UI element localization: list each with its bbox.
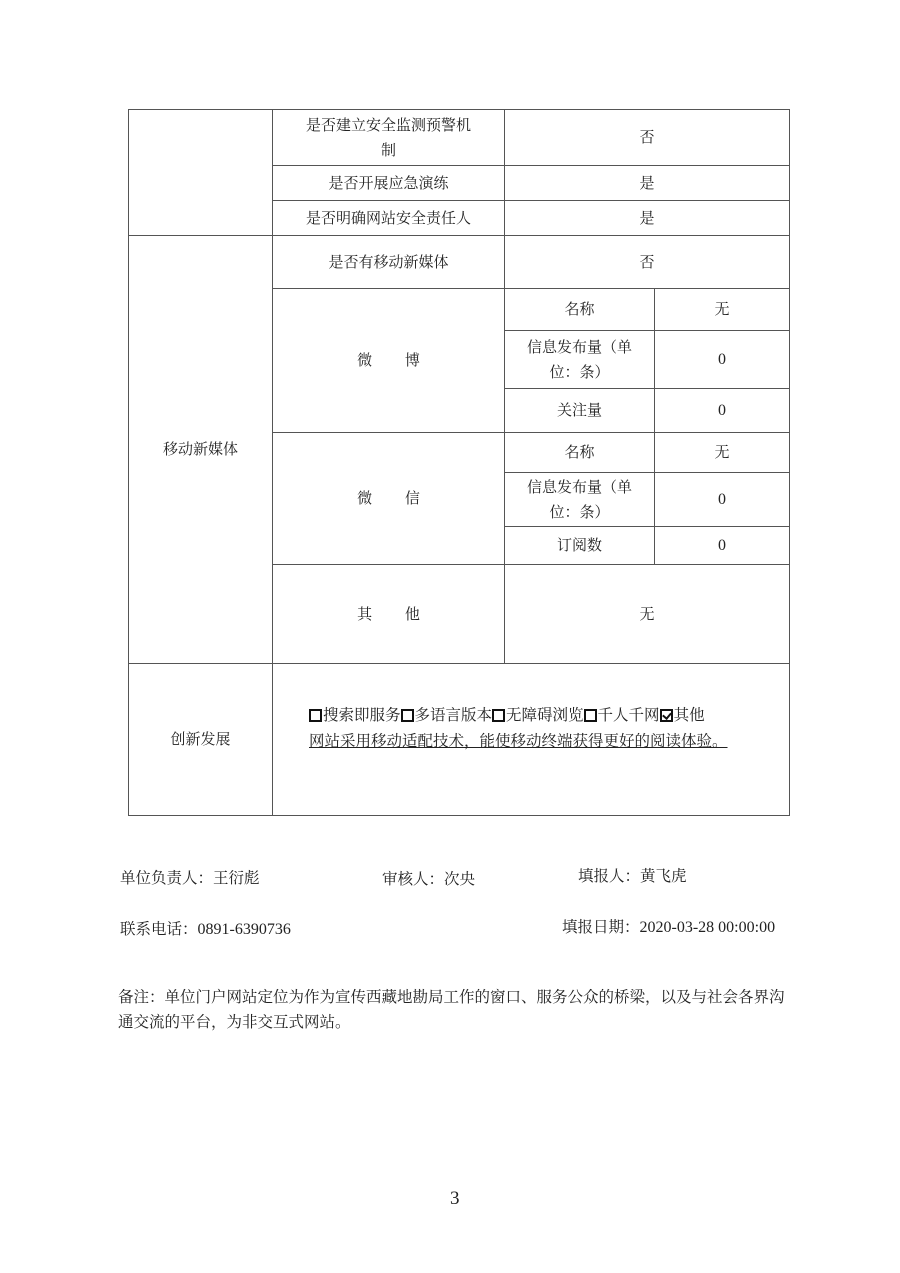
label-text: 关注量 (557, 398, 602, 423)
weibo-followers-value: 0 (654, 388, 790, 433)
weibo-followers-label: 关注量 (504, 388, 655, 433)
label-text: 是否建立安全监测预警机制 (303, 113, 474, 163)
label-text: 订阅数 (557, 533, 602, 558)
field-value: 黄飞虎 (640, 867, 687, 885)
checkbox-icon[interactable] (401, 709, 414, 722)
field-label: 填报人： (578, 867, 640, 885)
label-text: 其 他 (357, 602, 434, 627)
checkbox-icon[interactable] (584, 709, 597, 722)
field-label: 审核人： (382, 870, 444, 888)
section-label: 移动新媒体 (163, 437, 238, 462)
field-value: 0891-6390736 (198, 921, 291, 938)
label-text: 信息发布量（单位：条） (525, 475, 634, 525)
security-value-drill: 是 (504, 165, 790, 201)
value-text: 否 (639, 250, 654, 275)
value-text: 0 (718, 533, 726, 558)
date-field: 填报日期：2020-03-28 00:00:00 (562, 915, 775, 937)
value-text: 无 (714, 440, 729, 465)
option-label: 无障碍浏览 (506, 706, 584, 724)
innovation-section-label: 创新发展 (128, 663, 273, 816)
label-text: 是否开展应急演练 (328, 171, 448, 196)
value-text: 0 (718, 487, 726, 512)
option-label: 搜索即服务 (323, 706, 401, 724)
field-value: 2020-03-28 00:00:00 (640, 919, 776, 936)
remark-note: 备注：单位门户网站定位为作为宣传西藏地勘局工作的窗口、服务公众的桥梁，以及与社会… (118, 985, 798, 1035)
field-label: 单位负责人： (120, 869, 213, 887)
weibo-name-value: 无 (654, 288, 790, 331)
wechat-label: 微 信 (272, 432, 505, 565)
label-text: 微 博 (357, 348, 434, 373)
value-text: 无 (714, 297, 729, 322)
security-label-drill: 是否开展应急演练 (272, 165, 505, 201)
value-text: 否 (639, 125, 654, 150)
value-text: 是 (639, 206, 654, 231)
label-text: 微 信 (357, 486, 434, 511)
wechat-posts-value: 0 (654, 472, 790, 527)
filler-field: 填报人：黄飞虎 (578, 864, 687, 886)
value-text: 0 (718, 347, 726, 372)
innovation-options: 搜索即服务多语言版本无障碍浏览千人千网其他网站采用移动适配技术，能使移动终端获得… (309, 702, 779, 754)
has-mobile-value: 否 (504, 235, 790, 289)
weibo-posts-value: 0 (654, 330, 790, 389)
weibo-name-label: 名称 (504, 288, 655, 331)
wechat-subscribers-label: 订阅数 (504, 526, 655, 565)
option-label: 千人千网 (598, 706, 660, 724)
reviewer-field: 审核人：次央 (382, 867, 475, 889)
value-text: 无 (639, 602, 654, 627)
security-label-responsible: 是否明确网站安全责任人 (272, 200, 505, 236)
label-text: 是否明确网站安全责任人 (306, 206, 471, 231)
phone-field: 联系电话：0891-6390736 (120, 917, 291, 939)
innovation-content: 搜索即服务多语言版本无障碍浏览千人千网其他网站采用移动适配技术，能使移动终端获得… (272, 663, 790, 816)
field-label: 联系电话： (120, 920, 198, 938)
has-mobile-label: 是否有移动新媒体 (272, 235, 505, 289)
wechat-subscribers-value: 0 (654, 526, 790, 565)
checkbox-icon[interactable] (309, 709, 322, 722)
wechat-name-value: 无 (654, 432, 790, 473)
label-text: 名称 (564, 440, 594, 465)
leader-field: 单位负责人：王衍彪 (120, 866, 260, 888)
checkbox-checked-icon[interactable] (660, 709, 673, 722)
field-value: 次央 (444, 870, 475, 888)
label-text: 是否有移动新媒体 (328, 250, 448, 275)
checkbox-icon[interactable] (492, 709, 505, 722)
value-text: 是 (639, 171, 654, 196)
value-text: 0 (718, 398, 726, 423)
field-label: 填报日期： (562, 918, 640, 936)
security-section-cell (128, 109, 273, 236)
security-value-responsible: 是 (504, 200, 790, 236)
label-text: 名称 (564, 297, 594, 322)
security-value-monitoring: 否 (504, 109, 790, 166)
label-text: 信息发布量（单位：条） (525, 335, 634, 385)
section-label: 创新发展 (170, 727, 230, 752)
mobile-section-label: 移动新媒体 (128, 235, 273, 664)
field-value: 王衍彪 (213, 869, 260, 887)
other-description: 网站采用移动适配技术，能使移动终端获得更好的阅读体验。 (309, 732, 728, 750)
option-label: 其他 (674, 706, 705, 724)
wechat-name-label: 名称 (504, 432, 655, 473)
option-label: 多语言版本 (415, 706, 493, 724)
security-label-monitoring: 是否建立安全监测预警机制 (272, 109, 505, 166)
page-number: 3 (450, 1188, 460, 1210)
wechat-posts-label: 信息发布量（单位：条） (504, 472, 655, 527)
other-label: 其 他 (272, 564, 505, 664)
weibo-posts-label: 信息发布量（单位：条） (504, 330, 655, 389)
weibo-label: 微 博 (272, 288, 505, 433)
other-value: 无 (504, 564, 790, 664)
